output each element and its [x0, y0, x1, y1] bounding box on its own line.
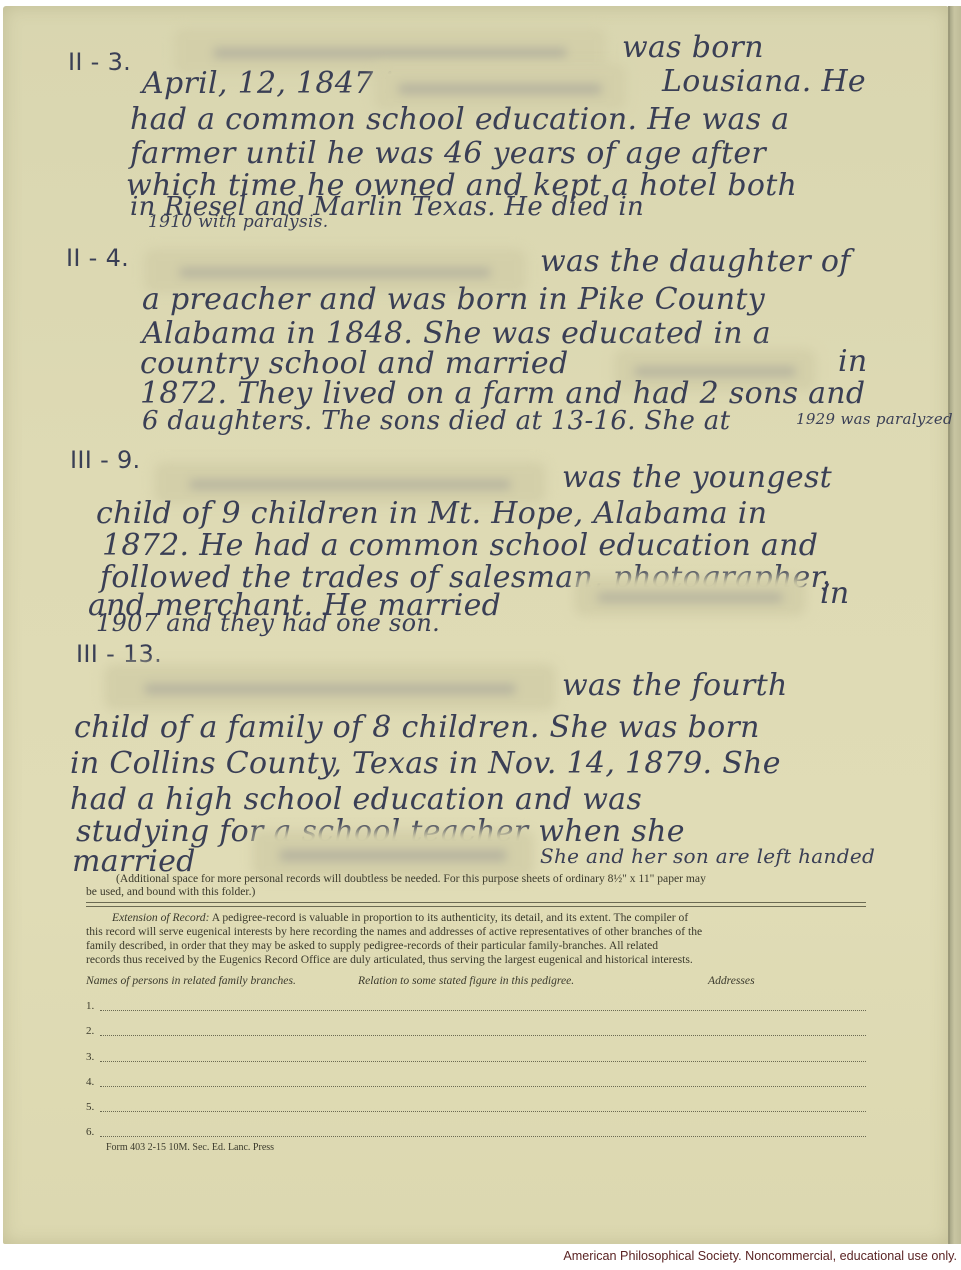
row-number: 2. — [86, 1025, 94, 1037]
handwritten-line: was born — [622, 32, 764, 63]
handwritten-line: had a high school education and was — [70, 784, 642, 815]
fill-line — [100, 1086, 866, 1087]
extension-of-record-paragraph: Extension of Record: A pedigree-record i… — [86, 911, 868, 967]
extension-text: A pedigree-record is valuable in proport… — [209, 911, 688, 924]
fill-line — [100, 1035, 866, 1036]
column-header-names: Names of persons in related family branc… — [86, 974, 296, 988]
fill-line — [100, 1010, 866, 1011]
extension-text: family described, in order that they may… — [86, 939, 658, 952]
row-number: 5. — [86, 1101, 94, 1113]
handwritten-line: in — [820, 578, 850, 609]
handwritten-line: was the youngest — [562, 462, 832, 493]
entry-label: II - 4. — [66, 244, 129, 272]
redacted-name — [180, 34, 600, 68]
column-header-addresses: Addresses — [708, 974, 755, 988]
additional-space-note: (Additional space for more personal reco… — [116, 872, 706, 886]
fill-line — [100, 1111, 866, 1112]
handwritten-line: April, 12, 1847 in — [142, 68, 413, 99]
column-header-text: Relation to some stated figure in this p… — [358, 974, 574, 987]
column-header-text: Addresses — [708, 974, 755, 987]
redacted-name — [160, 468, 540, 498]
entry-label: III - 13. — [76, 640, 162, 668]
row-number: 6. — [86, 1126, 94, 1138]
handwritten-line: 1907 and they had one son. — [96, 608, 440, 639]
extension-text: records thus received by the Eugenics Re… — [86, 953, 693, 966]
extension-text: this record will serve eugenical interes… — [86, 925, 702, 938]
related-family-row[interactable]: 4. — [86, 1076, 866, 1090]
related-family-row[interactable]: 5. — [86, 1101, 866, 1115]
redacted-name — [258, 836, 528, 872]
page-edge — [950, 6, 961, 1244]
redacted-name — [110, 670, 550, 704]
handwritten-line: country school and married — [140, 348, 568, 379]
handwritten-line: She and her son are left handed — [540, 844, 875, 868]
fill-line — [100, 1061, 866, 1062]
copyright-credit: American Philosophical Society. Noncomme… — [563, 1249, 957, 1263]
handwritten-line: had a common school education. He was a — [130, 104, 789, 135]
handwritten-line: 1929 was paralyzed — [796, 410, 953, 428]
handwritten-line: child of a family of 8 children. She was… — [74, 712, 760, 743]
fill-line — [100, 1136, 866, 1137]
row-number: 3. — [86, 1051, 94, 1063]
column-header-text: Names of persons in related family branc… — [86, 974, 296, 987]
handwritten-line: Lousiana. He — [662, 66, 866, 97]
extension-heading: Extension of Record: — [112, 911, 209, 924]
related-family-row[interactable]: 6. — [86, 1126, 866, 1140]
handwritten-line: in Collins County, Texas in Nov. 14, 187… — [70, 748, 781, 779]
section-divider — [86, 902, 866, 907]
handwritten-line: 6 daughters. The sons died at 13-16. She… — [142, 406, 730, 437]
entry-label: II - 3. — [68, 48, 131, 76]
related-family-row[interactable]: 1. — [86, 1000, 866, 1014]
column-header-relation: Relation to some stated figure in this p… — [358, 974, 574, 988]
redacted-place — [380, 70, 620, 104]
handwritten-line: was the fourth — [562, 670, 788, 701]
additional-space-note-cont: be used, and bound with this folder.) — [86, 885, 255, 899]
handwritten-line: 1910 with paralysis. — [148, 212, 328, 232]
related-family-row[interactable]: 3. — [86, 1051, 866, 1065]
related-family-row[interactable]: 2. — [86, 1025, 866, 1039]
handwritten-line: child of 9 children in Mt. Hope, Alabama… — [96, 498, 767, 529]
redacted-name — [580, 582, 800, 610]
handwritten-line: Alabama in 1848. She was educated in a — [142, 318, 771, 349]
handwritten-line: farmer until he was 46 years of age afte… — [130, 138, 766, 169]
handwritten-line: a preacher and was born in Pike County — [142, 284, 765, 315]
handwritten-line: in — [838, 346, 868, 377]
handwritten-line: 1872. They lived on a farm and had 2 son… — [140, 378, 865, 409]
row-number: 1. — [86, 1000, 94, 1012]
handwritten-line: was the daughter of — [540, 246, 851, 277]
form-footer: Form 403 2-15 10M. Sec. Ed. Lanc. Press — [106, 1141, 274, 1155]
row-number: 4. — [86, 1076, 94, 1088]
handwritten-line: 1872. He had a common school education a… — [102, 530, 818, 561]
entry-label: III - 9. — [70, 446, 140, 474]
